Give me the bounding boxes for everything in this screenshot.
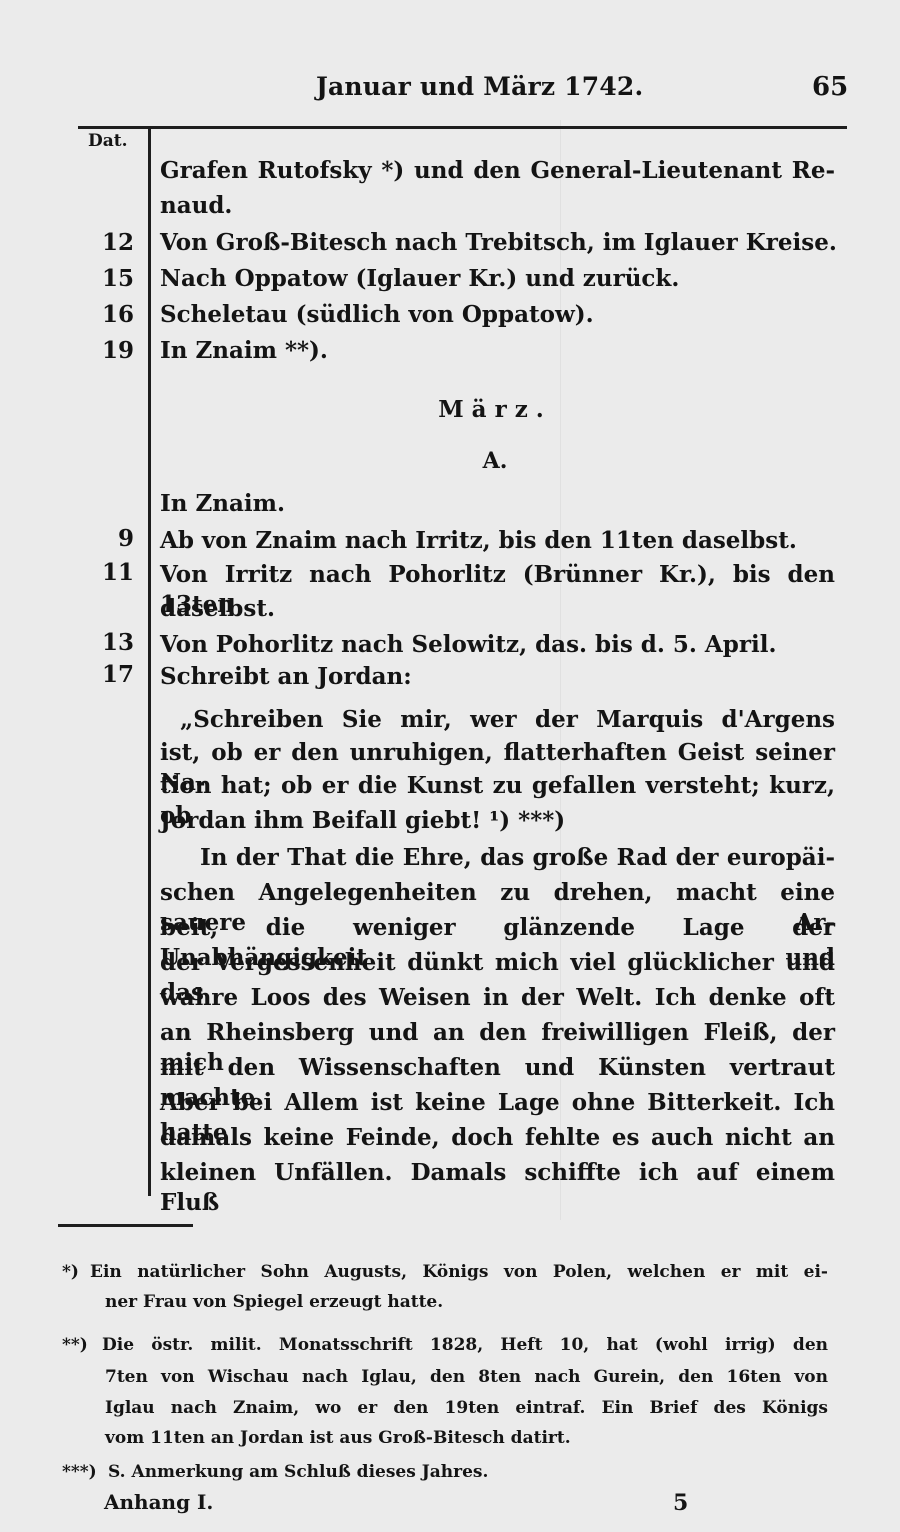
entry-text: Von Pohorlitz nach Selowitz, das. bis d.… [160, 630, 776, 660]
book-page: Januar und März 1742. 65 Dat. Grafen Rut… [0, 0, 900, 1532]
entry-text: In Znaim. [160, 489, 285, 519]
signature-mark: Anhang I. [104, 1490, 213, 1514]
body-line: In der That die Ehre, das große Rad der … [200, 843, 835, 873]
footnote-line: vom 11ten an Jordan ist aus Groß-Bitesch… [105, 1423, 571, 1453]
footnote-line: S. Anmerkung am Schluß dieses Jahres. [108, 1457, 488, 1487]
entry-text: Scheletau (südlich von Oppatow). [160, 300, 594, 330]
entry-text: Grafen Rutofsky *) und den General-Lieut… [160, 156, 835, 186]
body-line: kleinen Unfällen. Damals schiffte ich au… [160, 1158, 835, 1218]
page-number: 65 [812, 72, 848, 102]
footnote-rule [58, 1224, 193, 1227]
entry-text: Ab von Znaim nach Irritz, bis den 11ten … [160, 526, 797, 556]
footnote-line: 7ten von Wischau nach Iglau, den 8ten na… [105, 1362, 828, 1392]
entry-date: 16 [78, 300, 134, 330]
quote-line: „Schreiben Sie mir, wer der Marquis d'Ar… [180, 705, 835, 735]
running-title: Januar und März 1742. [316, 72, 643, 101]
entry-text: In Znaim **). [160, 336, 328, 366]
footnote-line: ner Frau von Spiegel erzeugt hatte. [105, 1287, 443, 1317]
entry-text: Schreibt an Jordan: [160, 662, 412, 692]
header-rule [78, 126, 847, 129]
footnote-line: Iglau nach Znaim, wo er den 19ten eintra… [105, 1393, 828, 1423]
footnote-marker: ***) [62, 1457, 97, 1487]
entry-date: 15 [78, 264, 134, 294]
date-column-rule [148, 128, 151, 1196]
entry-text: Von Groß-Bitesch nach Trebitsch, im Igla… [160, 228, 837, 258]
body-line: wahre Loos des Weisen in der Welt. Ich d… [160, 983, 835, 1013]
entry-date: 11 [78, 558, 134, 588]
entry-date: 17 [78, 660, 134, 690]
sheet-number: 5 [673, 1490, 688, 1516]
entry-date: 12 [78, 228, 134, 258]
subsection-heading: A. [150, 448, 840, 474]
body-line: damals keine Feinde, doch fehlte es auch… [160, 1123, 835, 1153]
entry-date: 19 [78, 336, 134, 366]
entry-text: naud. [160, 191, 232, 221]
entry-text: daselbst. [160, 594, 275, 624]
footnote-line: Ein natürlicher Sohn Augusts, Königs von… [90, 1257, 828, 1287]
footnote-marker: *) [62, 1257, 79, 1287]
month-heading: März. [150, 396, 840, 423]
quote-line: Jordan ihm Beifall giebt! ¹) ***) [160, 806, 565, 836]
entry-date: 9 [78, 524, 134, 554]
footnote-marker: **) [62, 1330, 88, 1360]
date-column-label: Dat. [88, 131, 128, 151]
entry-date: 13 [78, 628, 134, 658]
running-head: Januar und März 1742. 65 [0, 72, 900, 106]
footnote-line: Die östr. milit. Monatsschrift 1828, Hef… [102, 1330, 828, 1360]
entry-text: Nach Oppatow (Iglauer Kr.) und zurück. [160, 264, 679, 294]
